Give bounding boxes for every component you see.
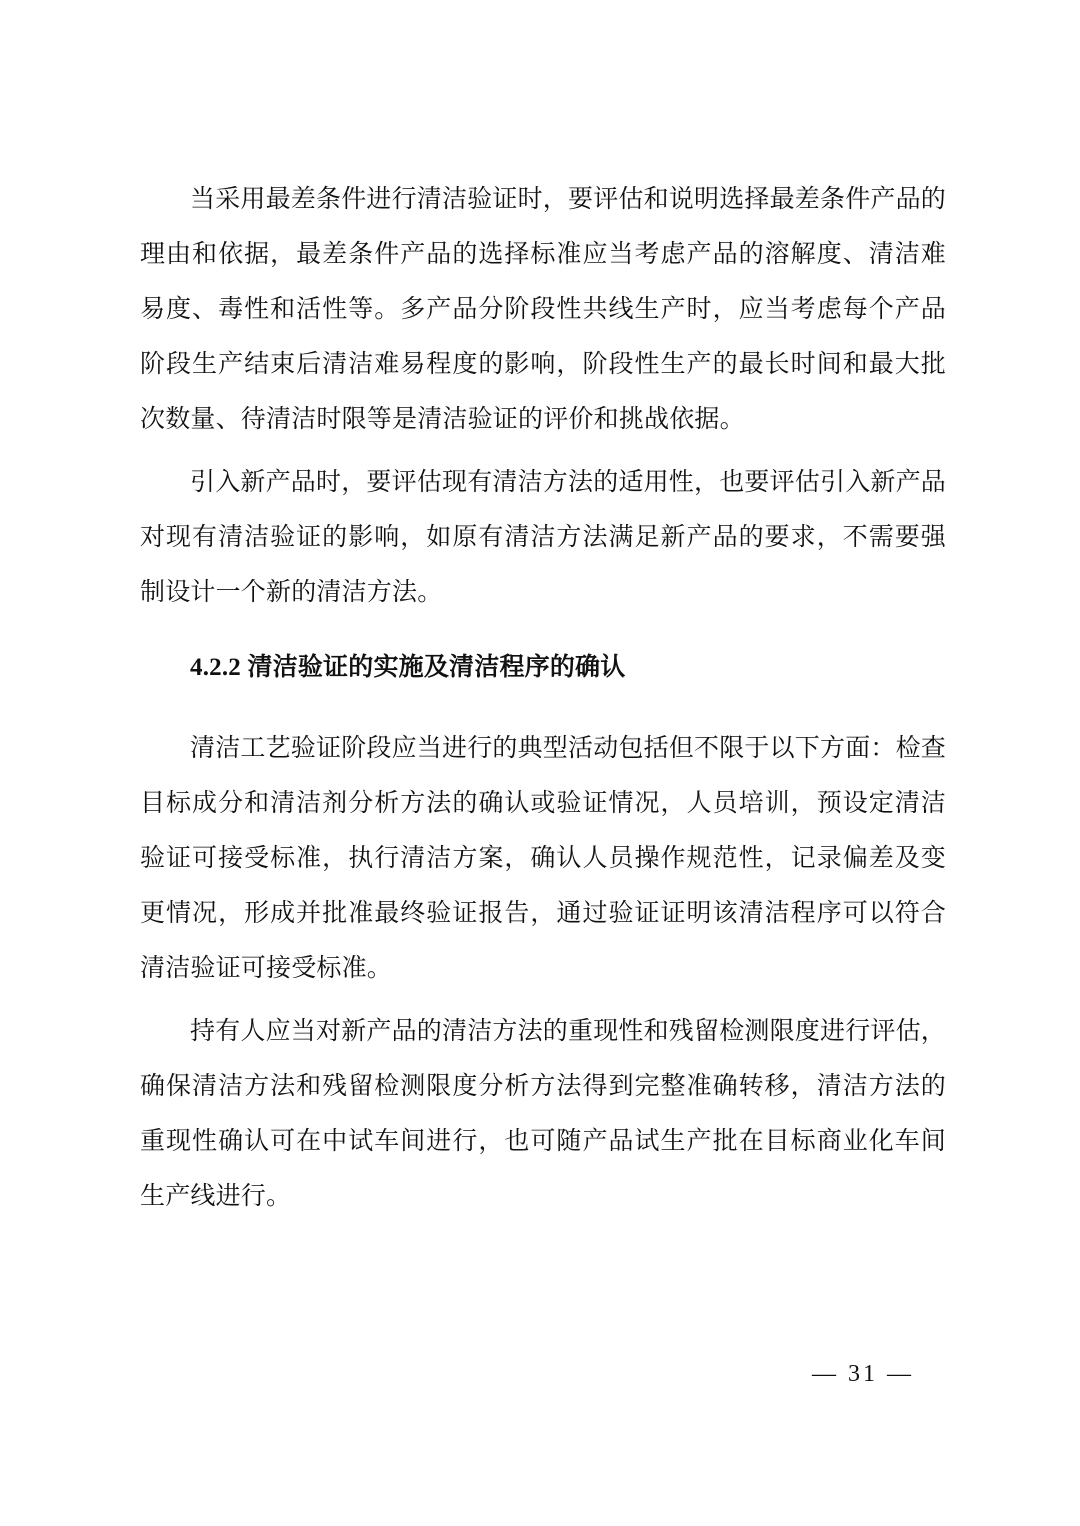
paragraph-method-reproducibility: 持有人应当对新产品的清洁方法的重现性和残留检测限度进行评估，确保清洁方法和残留检… — [140, 1004, 946, 1224]
document-page: 当采用最差条件进行清洁验证时，要评估和说明选择最差条件产品的理由和依据，最差条件… — [0, 0, 1080, 1526]
paragraph-new-product-introduction: 引入新产品时，要评估现有清洁方法的适用性，也要评估引入新产品对现有清洁验证的影响… — [140, 455, 946, 620]
paragraph-validation-typical-activities: 清洁工艺验证阶段应当进行的典型活动包括但不限于以下方面：检查目标成分和清洁剂分析… — [140, 721, 946, 996]
page-number: — 31 — — [812, 1361, 914, 1387]
section-heading-4-2-2: 4.2.2 清洁验证的实施及清洁程序的确认 — [140, 640, 946, 695]
page-content: 当采用最差条件进行清洁验证时，要评估和说明选择最差条件产品的理由和依据，最差条件… — [140, 172, 946, 1232]
paragraph-worst-case-conditions: 当采用最差条件进行清洁验证时，要评估和说明选择最差条件产品的理由和依据，最差条件… — [140, 172, 946, 447]
page-footer: — 31 — — [812, 1360, 914, 1388]
